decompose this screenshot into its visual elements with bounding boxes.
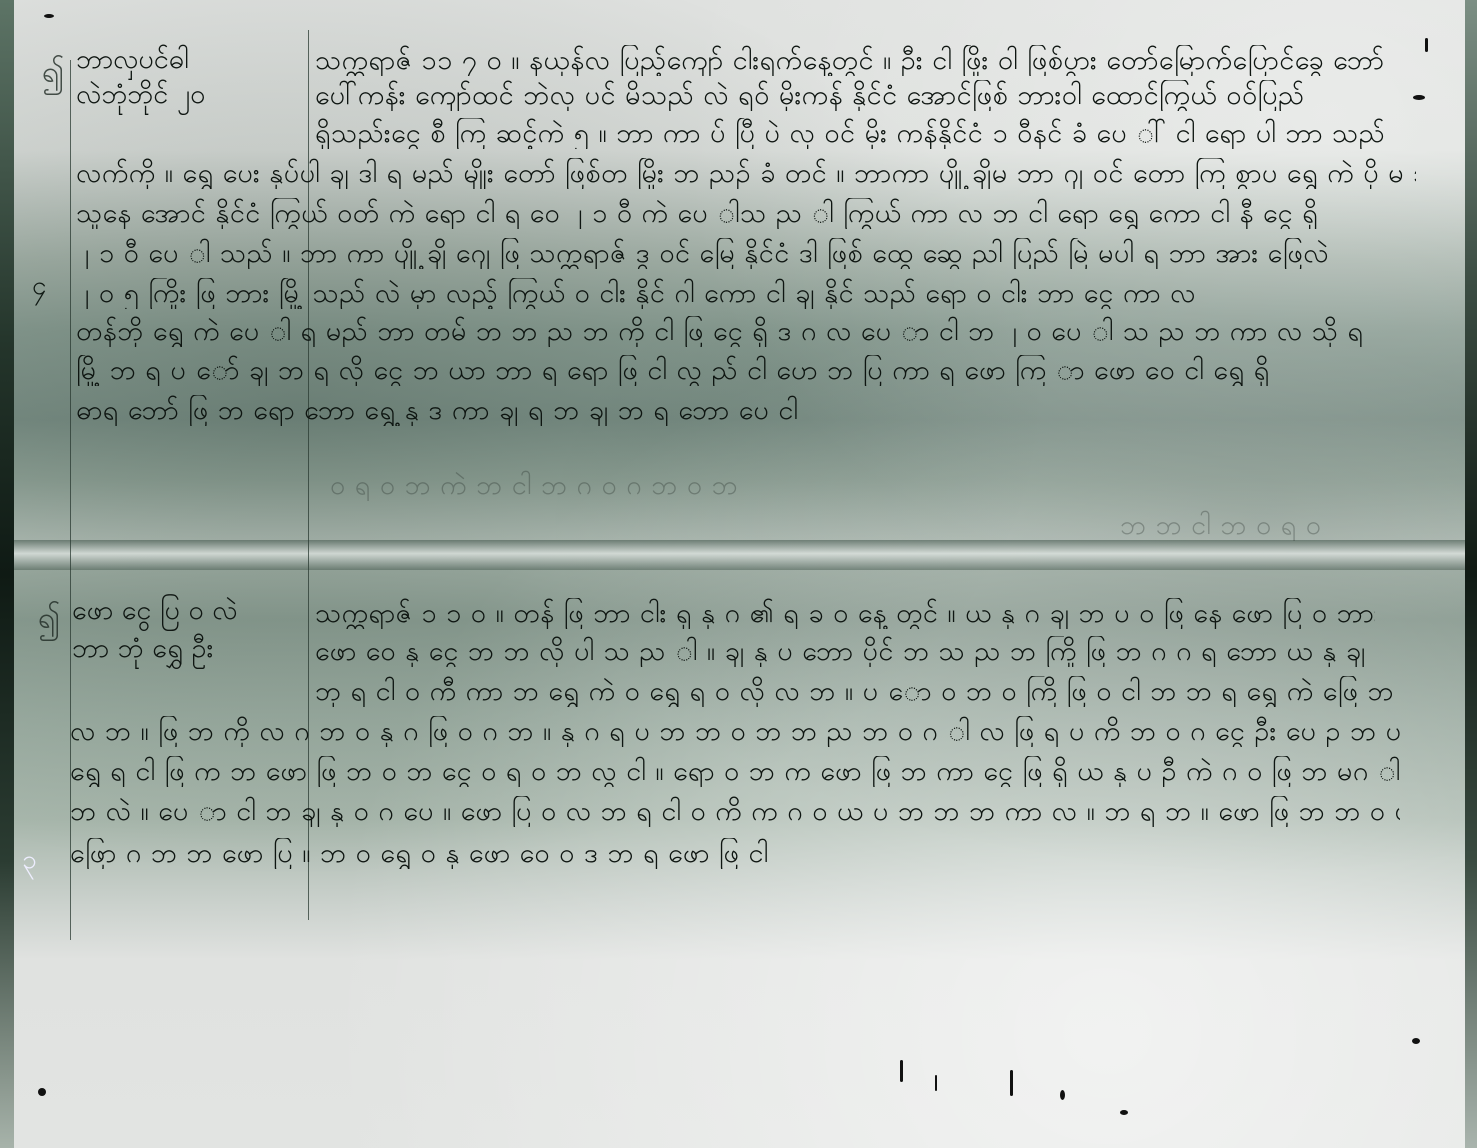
margin-note: ၄: [32, 268, 47, 307]
entry-2-line: ဘု ရ ငါ ဝ ကီ ကာ ဘ ရွှေ ကဲ ဝ ရွှေ ရ ဝ လို…: [315, 676, 1395, 707]
ink-speck: [44, 14, 54, 18]
entry-1-line: ဓာရ ဘော် ဖြ ဘ ရော ဘော ရွှေ့ နှ ဒ ကာ ချ ရ…: [76, 395, 836, 426]
entry-1-heading-line-1: ဘာလှပင်ဓါ: [76, 45, 189, 75]
section-marker-icon: ၍: [42, 52, 64, 97]
margin-note: ၃: [22, 842, 37, 881]
entry-1-line: ပေါ်ကန်း ကျော်ထင် ဘဲလှ ပင် မိသည် လဲ ရဝ် …: [315, 80, 1375, 111]
entry-2-heading-line-1: ဖော ငွေ ပြ ဝ လဲ: [72, 596, 238, 626]
entry-1-heading-line-2: လဲဘုံဘိုင် ၂၀: [76, 80, 205, 110]
entry-1-line: မြို့ ဘ ရ ပ ော် ချ ဘ ရ လို ငွေ ဘ ယာ ဘာ ရ…: [76, 355, 1416, 386]
entry-1-line: သူနေ အောင် နိုင်ငံ ကြွယ် ဝတ် ကဲ ရော ငါ ရ…: [76, 198, 1416, 229]
entry-1-line: ၂ ၁ ဝီ ပေ ါ သည် ။ ဘာ ကာ ပျို့ ချိ ဂျေ ဖြ…: [76, 238, 1416, 269]
ink-speck: [1060, 1090, 1065, 1100]
entry-1-line: သက္ကရာဇ် ၁၁ ၇ ၀ ။ နယုန်လ ပြည့်ကျော် ငါးရ…: [315, 45, 1395, 76]
entry-2-line: ရွှေ ရ ငါ ဖြ က ဘ ဖော ဖြ ဘ ဝ ဘ ငွေ ဝ ရ ဝ …: [70, 756, 1400, 787]
ink-speck: [1120, 1110, 1128, 1115]
entry-1-line: ၂ ဝ ၅ ကြိုး ဖြ ဘား မြို့ သည် လဲ မှာ လည့်…: [76, 278, 1416, 309]
entry-1-line: ရှိသည်းငွေ စီ ကြ ဆင့်ကဲ ၅ ။ ဘာ ကာ ပ် ပြီ…: [315, 118, 1405, 149]
ink-speck: [935, 1075, 937, 1091]
ink-speck: [900, 1060, 903, 1082]
entry-2-line: ဘ လဲ ။ ပေ ာ ငါ ဘ ချ နု ဝ ဂ ပေ ။ ဖော ပြ ဝ…: [70, 796, 1400, 827]
section-marker-icon: ၍: [38, 598, 60, 643]
entry-2-line: ဖြော ဂ ဘ ဘ ဖော ပြ ။ ဘ ဝ ရွှေ ဝ နု ဖော ဝေ…: [70, 838, 810, 869]
entry-2-line: ဖော ဝေ နု ငွေ ဘ ဘ လို ပါ သ ည ါ ။ ချ နု ပ…: [315, 636, 1375, 667]
ink-speck: [1413, 95, 1425, 100]
ink-speck: [1425, 38, 1428, 52]
ink-speck: [38, 1088, 46, 1096]
bleed-through-text: ဘ ဘ ငါ ဘ ဝ ရ ဝ: [1120, 510, 1380, 541]
bleed-through-text: ဝ ရ ဝ ဘ ကဲ ဘ ငါ ဘ ဂ ဝ ဂ ဘ ဝ ဘ: [330, 470, 1030, 501]
page-edge-left: [0, 0, 14, 1148]
entry-1-line: လက်ကို ။ ရွှေ ပေး နုပ်ပါ ချ ဒါ ရ မည် မျိ…: [76, 158, 1416, 189]
entry-2-heading-line-2: ဘာ ဘုံ ရွှေ ဦး: [72, 634, 213, 664]
page-fold-crease: [14, 540, 1465, 570]
entry-2-line: သက္ကရာဇ် ၁ ၁ ၀ ။ တန် ဖြ ဘာ ငါး ရှ နု ဂ ၏…: [315, 598, 1375, 629]
entry-2-line: လ ဘ ။ ဖြ ဘ ကို လ ဂ ဘ ဝ နု ဂ ဖြ ဝ ဂ ဘ ။ န…: [70, 716, 1400, 747]
page-edge-right: [1465, 0, 1477, 1148]
entry-1-line: တန်ဘို ရွှေ ကဲ ပေ ါ ရ မည် ဘာ တမ် ဘ ဘ ည ဘ…: [76, 316, 1416, 347]
manuscript-page: ၍ ဘာလှပင်ဓါ လဲဘုံဘိုင် ၂၀ သက္ကရာဇ် ၁၁ ၇ …: [0, 0, 1477, 1148]
ink-speck: [1412, 1038, 1420, 1044]
ink-speck: [1010, 1070, 1013, 1096]
